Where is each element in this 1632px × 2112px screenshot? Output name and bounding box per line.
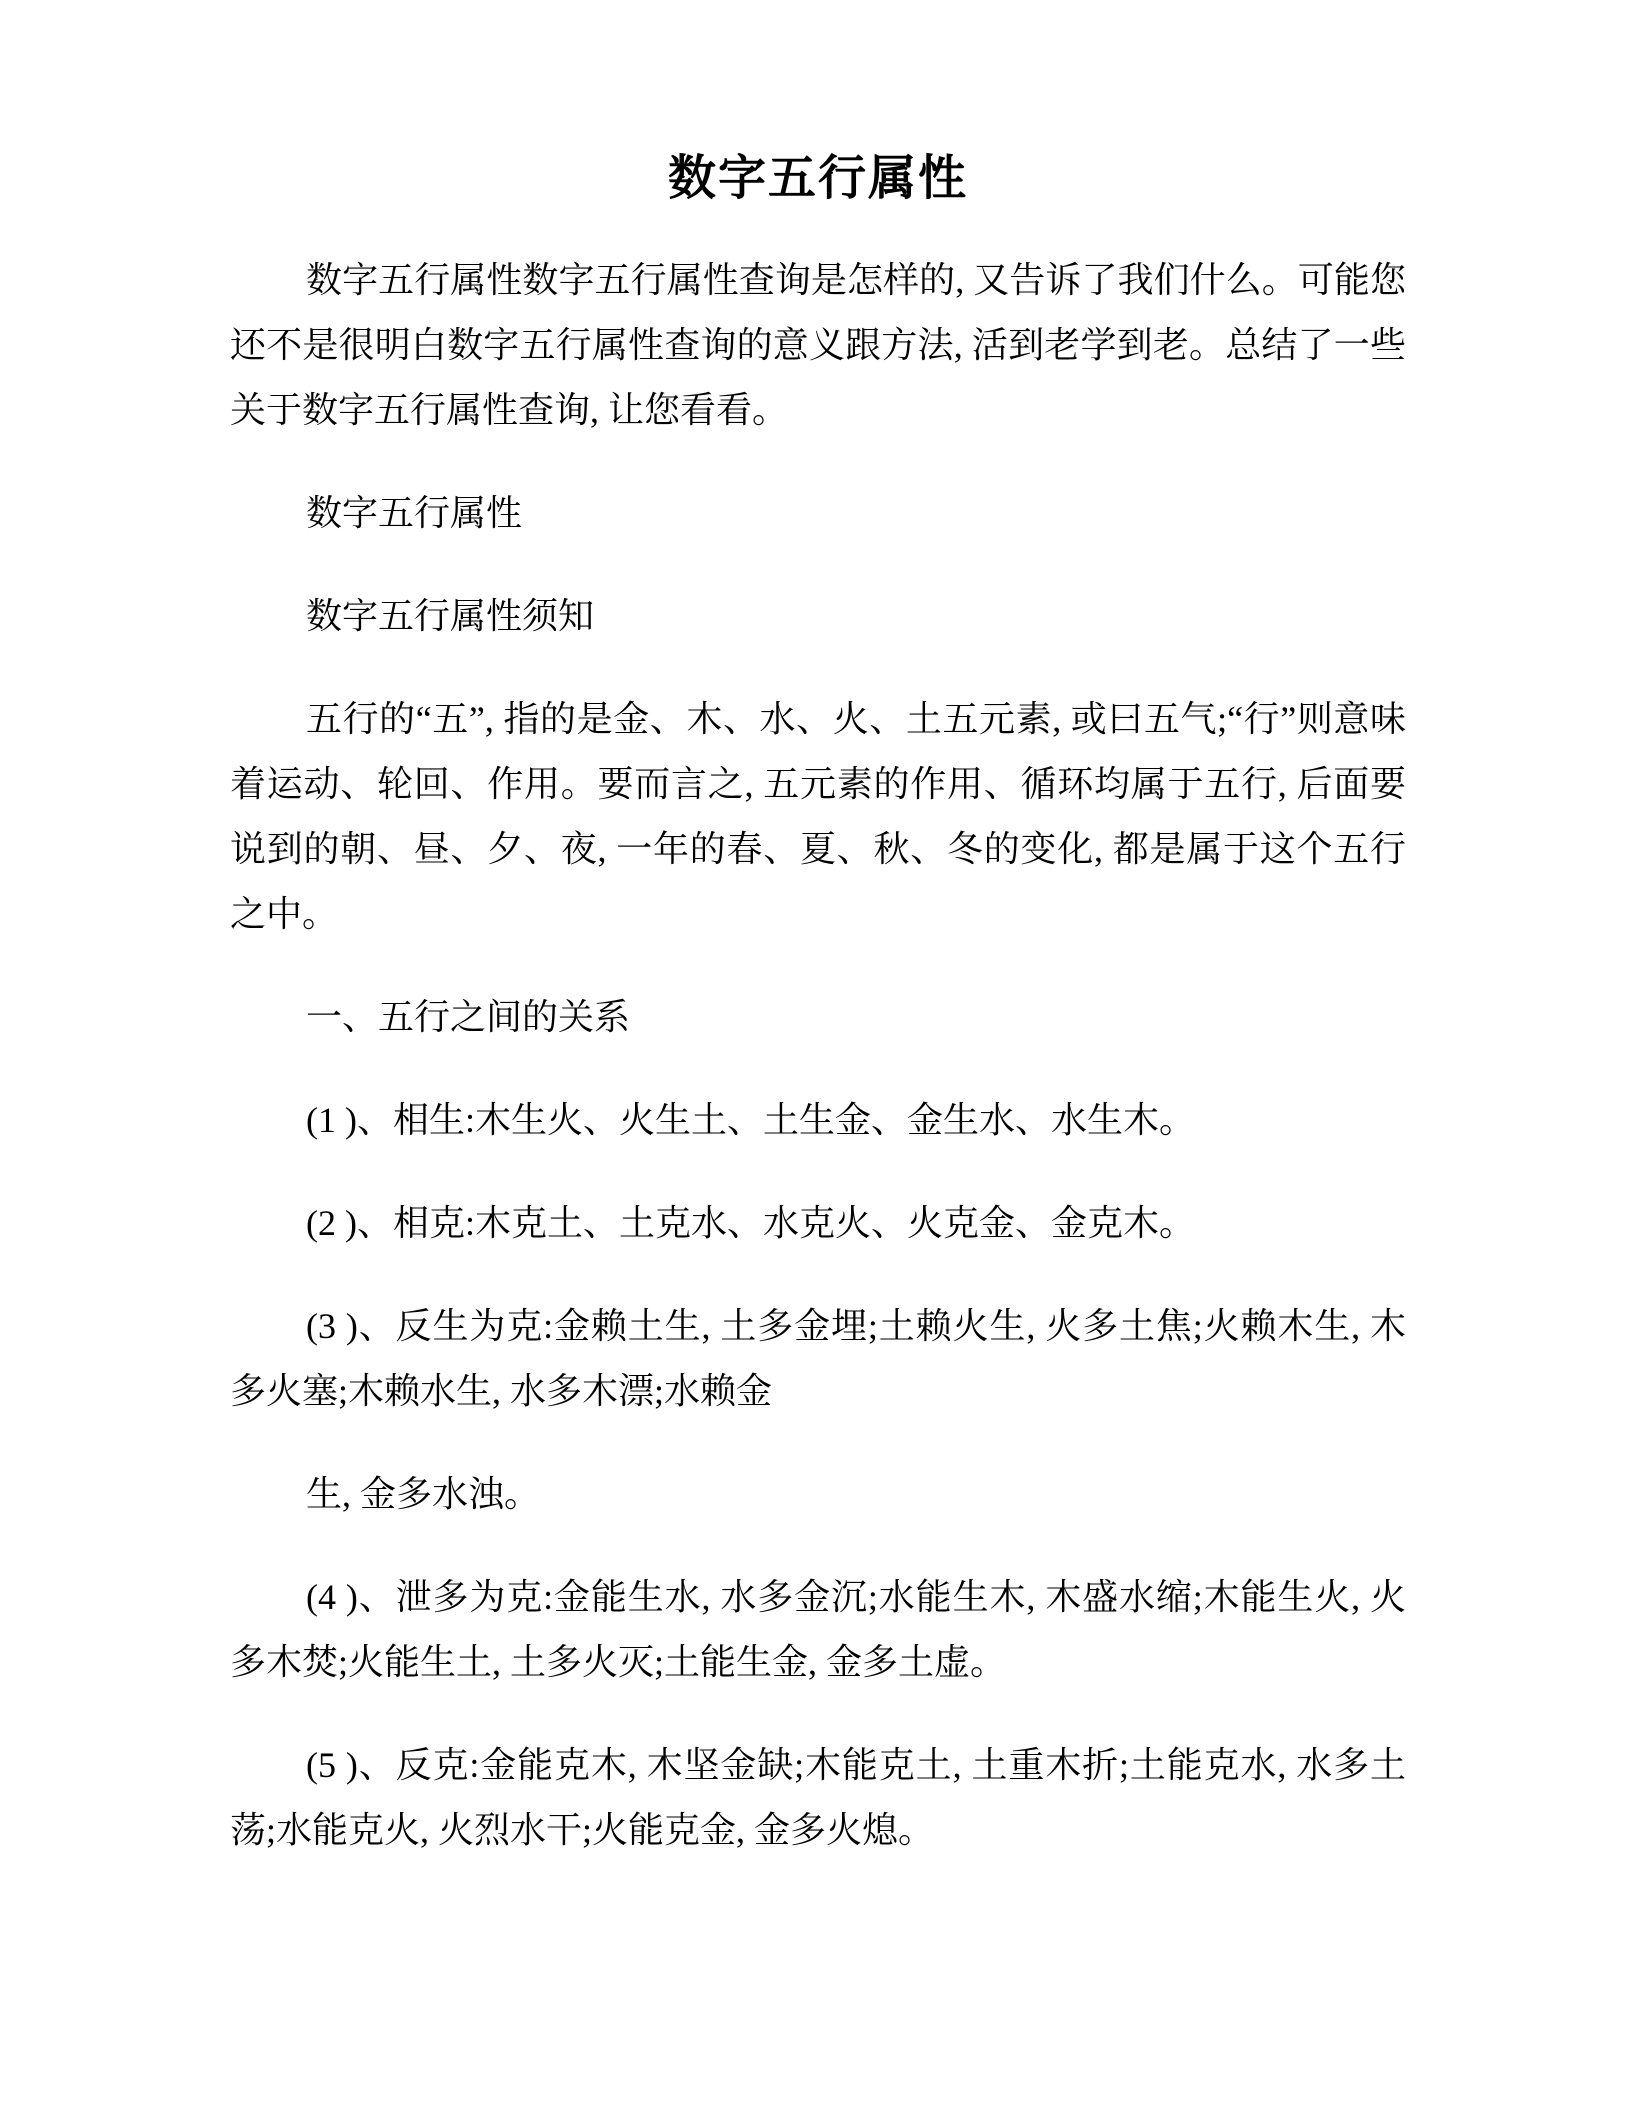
paragraph: (1 )、相生:木生火、火生土、土生金、金生水、水生木。 xyxy=(230,1088,1406,1153)
paragraph: 生, 金多水浊。 xyxy=(230,1462,1406,1527)
paragraph: 数字五行属性数字五行属性查询是怎样的, 又告诉了我们什么。可能您还不是很明白数字… xyxy=(230,248,1406,443)
document-page: 数字五行属性 数字五行属性数字五行属性查询是怎样的, 又告诉了我们什么。可能您还… xyxy=(0,0,1632,2112)
document-title: 数字五行属性 xyxy=(230,148,1406,210)
paragraph: 五行的“五”, 指的是金、木、水、火、土五元素, 或曰五气;“行”则意味着运动、… xyxy=(230,687,1406,947)
paragraph: 数字五行属性须知 xyxy=(230,584,1406,649)
paragraph: (4 )、泄多为克:金能生水, 水多金沉;水能生木, 木盛水缩;木能生火, 火多… xyxy=(230,1565,1406,1695)
paragraph-list: 数字五行属性数字五行属性查询是怎样的, 又告诉了我们什么。可能您还不是很明白数字… xyxy=(230,248,1406,1863)
paragraph: 一、五行之间的关系 xyxy=(230,985,1406,1050)
paragraph: (2 )、相克:木克土、土克水、水克火、火克金、金克木。 xyxy=(230,1191,1406,1256)
paragraph: (5 )、反克:金能克木, 木坚金缺;木能克土, 土重木折;土能克水, 水多土荡… xyxy=(230,1733,1406,1863)
paragraph: 数字五行属性 xyxy=(230,481,1406,546)
paragraph: (3 )、反生为克:金赖土生, 土多金埋;土赖火生, 火多土焦;火赖木生, 木多… xyxy=(230,1294,1406,1424)
